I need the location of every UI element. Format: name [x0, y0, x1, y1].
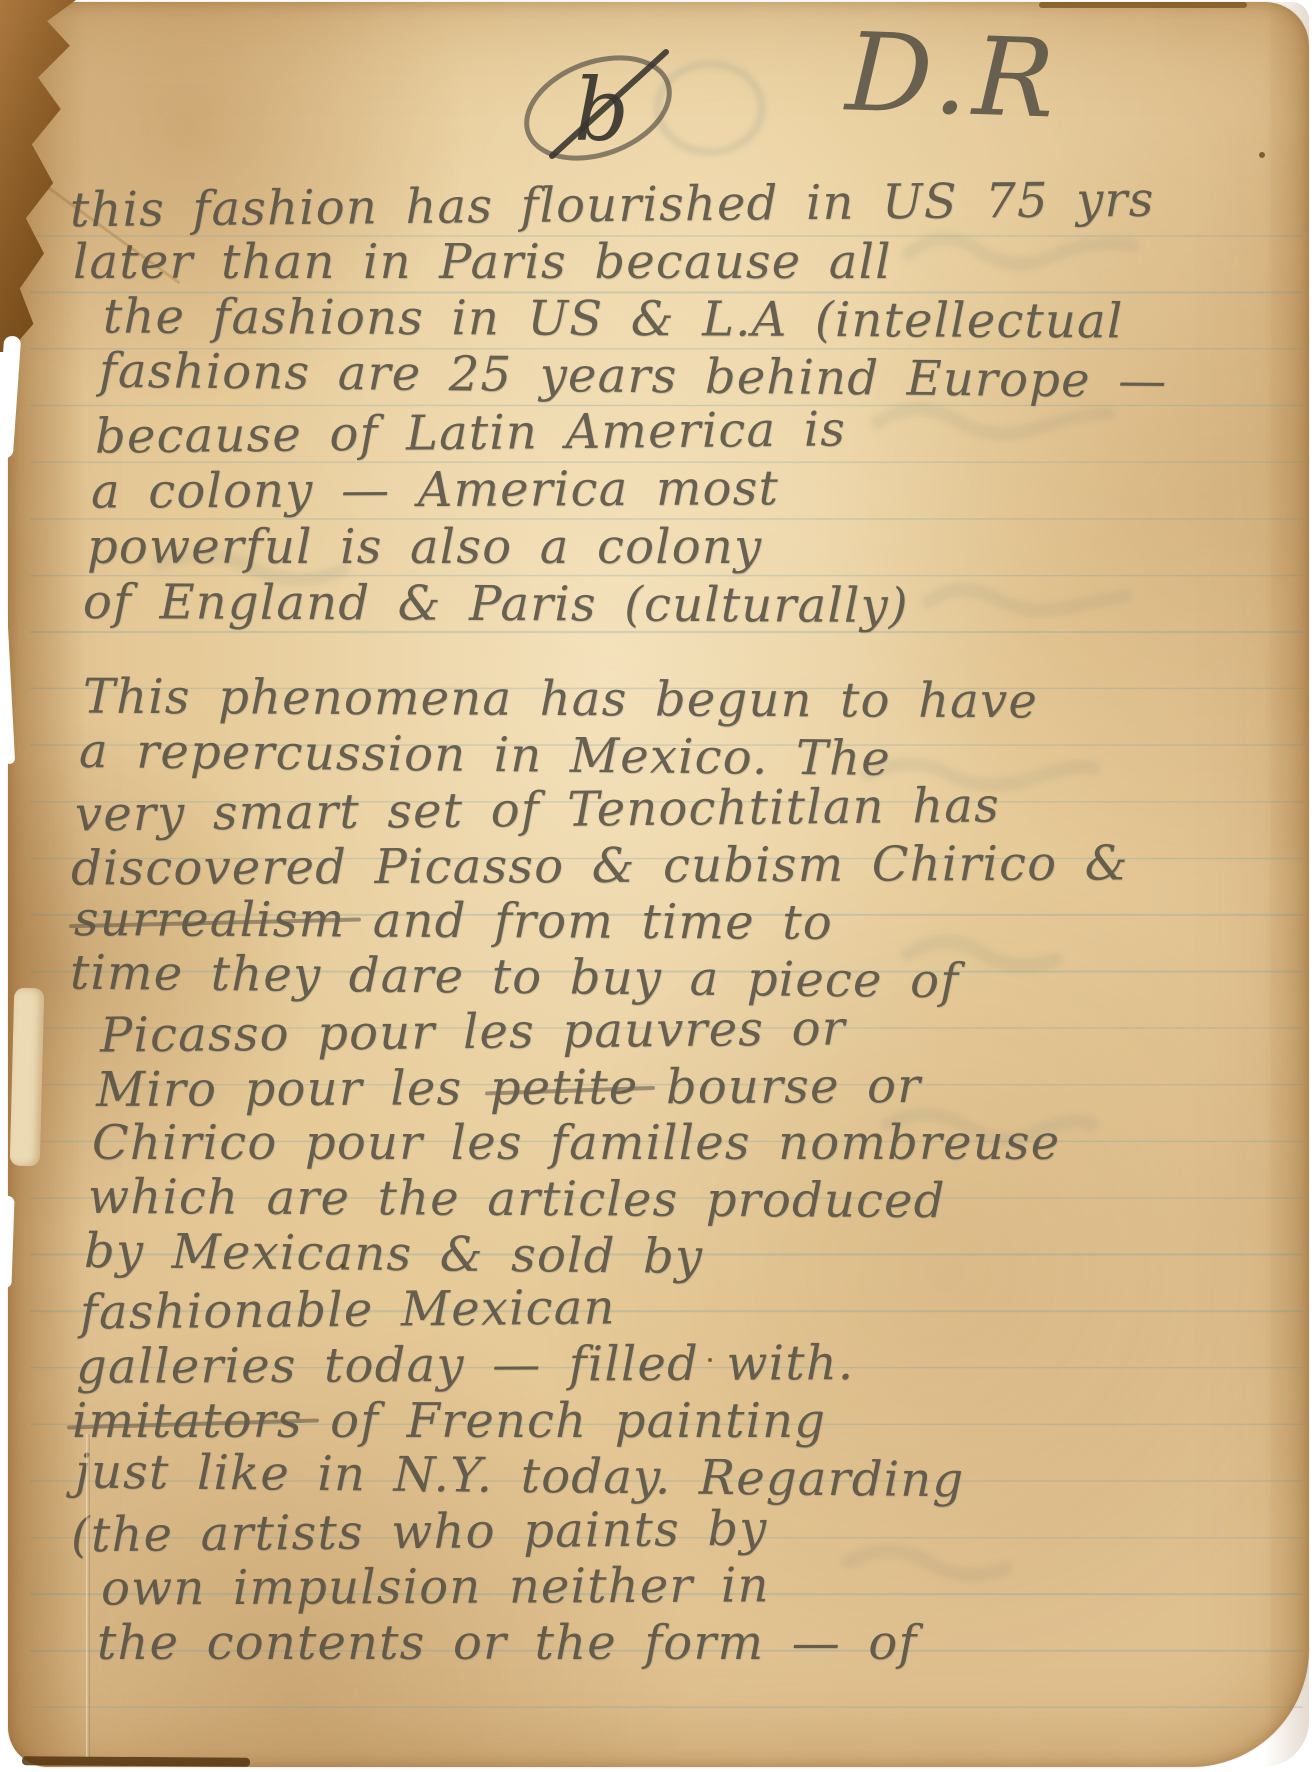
manuscript-line: a colony — America most — [91, 463, 779, 516]
manuscript-line: of England & Paris (culturally) — [83, 577, 909, 631]
manuscript-line: Chirico pour les familles nombreuse — [92, 1118, 1060, 1168]
manuscript-line: (the artists who paints by — [71, 1504, 768, 1561]
struck-word: surrealism — [74, 891, 346, 948]
bottom-edge-dark-strip — [22, 1756, 250, 1767]
manuscript-line: surrealism and from time to — [74, 894, 833, 948]
manuscript-line: this fashion has flourished in US 75 yrs — [70, 175, 1155, 236]
struck-word: imitators — [72, 1393, 303, 1449]
notebook-page: b D.R this fashion has flourished in US … — [8, 2, 1309, 1767]
manuscript-line: a repercussion in Mexico. The — [79, 726, 891, 784]
handwriting-layer: this fashion has flourished in US 75 yrs… — [8, 2, 1309, 1767]
manuscript-line: fashions are 25 years behind Europe — — [99, 346, 1168, 406]
manuscript-line: by Mexicans & sold by — [84, 1226, 704, 1282]
manuscript-line: powerful is also a colony — [87, 522, 762, 572]
manuscript-line: own impulsion neither in — [101, 1560, 770, 1613]
manuscript-line: Picasso pour les pauvres or — [100, 1003, 846, 1060]
vertical-crease — [86, 1434, 90, 1757]
manuscript-line: just like in N.Y. today. Regarding — [75, 1447, 965, 1506]
manuscript-line: the contents or the form — of — [97, 1618, 917, 1668]
torn-light-chip — [10, 988, 45, 1167]
ink-speck — [340, 1264, 345, 1268]
manuscript-line: because of Latin America is — [95, 404, 847, 461]
manuscript-line: fashionable Mexican — [80, 1282, 616, 1337]
manuscript-line: galleries today — filled with. — [76, 1338, 855, 1392]
manuscript-line: the fashions in US & L.A (intellectual — [103, 292, 1124, 347]
manuscript-line: later than in Paris because all — [73, 237, 892, 287]
ink-speck — [708, 1358, 712, 1362]
top-edge-dark-strip — [1039, 2, 1247, 8]
manuscript-line: Miro pour les petite bourse or — [96, 1061, 922, 1115]
scan-background: b D.R this fashion has flourished in US … — [0, 0, 1312, 1772]
manuscript-line: This phenomena has begun to have — [83, 672, 1038, 727]
struck-word: petite — [490, 1059, 639, 1116]
manuscript-line: which are the articles produced — [88, 1172, 946, 1226]
manuscript-line: time they dare to buy a piece of — [70, 948, 960, 1007]
manuscript-line: imitators of French painting — [72, 1396, 826, 1446]
manuscript-line: very smart set of Tenochtitlan has — [75, 780, 1000, 839]
ink-speck — [1259, 152, 1265, 158]
manuscript-line: discovered Picasso & cubism Chirico & — [71, 838, 1129, 893]
